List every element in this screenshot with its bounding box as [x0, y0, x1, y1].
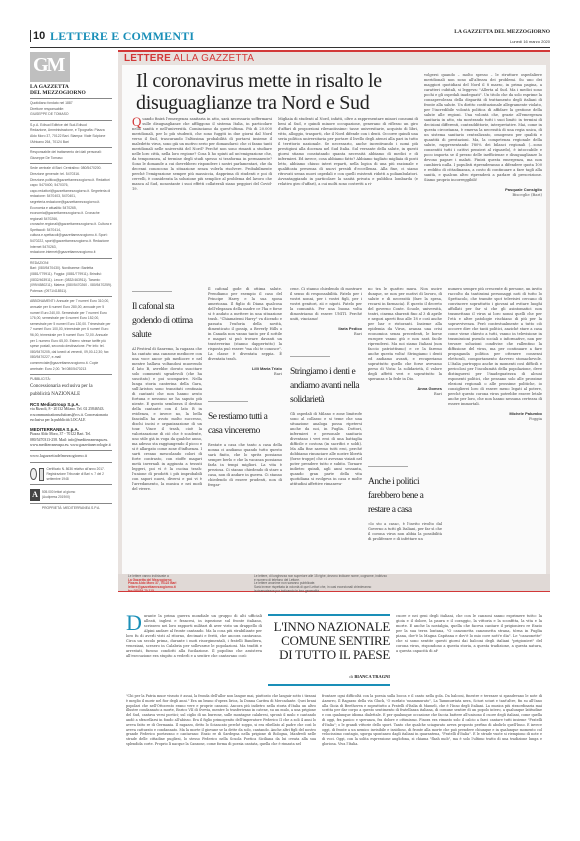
contacts: Sede centrale di Bari: Centralino: 080/5…	[30, 163, 112, 256]
divider	[132, 291, 172, 292]
letter-politici-col2: numero sempre più crescente di persone, …	[448, 287, 542, 421]
inno-headline-box: L'INNO NAZIONALE COMUNE SENTIRE DI TUTTO…	[268, 614, 390, 686]
newspaper-name: LA GAZZETTA DEL MEZZOGIORNO	[454, 29, 550, 35]
company-info: S.p.A. Edisud Editrice del Sud-Edisud Re…	[30, 120, 112, 145]
letters-section: LETTERE ALLA GAZZETTA Il coronavirus met…	[118, 50, 550, 590]
main-letter-col1: Quando finirà l'emergenza sanitaria in a…	[132, 117, 272, 192]
article-headline: L'INNO NAZIONALE COMUNE SENTIRE DI TUTTO…	[268, 620, 390, 662]
article-byline: di BIANCA TRAGNI	[349, 674, 390, 679]
ads-certificate-icon	[39, 468, 45, 481]
logo-name: LA GAZZETTA DEL MEZZOGIORNO	[30, 84, 112, 96]
page-header: 10 LETTERE E COMMENTI LA GAZZETTA DEL ME…	[30, 28, 550, 48]
inno-col1-top: Durante la prima guerra mondiale un grup…	[126, 614, 262, 659]
letter-headline: Il cafonal sta godendo di ottima salute	[132, 300, 202, 342]
letters-submission-info: Le lettere vanno indirizzate a La Gazzet…	[118, 574, 550, 592]
letter-headline: Anche i politici farebbero bene a restar…	[368, 475, 442, 517]
divider	[290, 356, 330, 357]
letter-city: Bisceglie (Bari)	[424, 192, 542, 197]
inno-col2-wide: frontare ogni difficoltà con la poesia s…	[322, 694, 542, 747]
submission-rules: Le lettere, di lunghezza non superiore a…	[254, 575, 387, 594]
submission-address: Le lettere vanno indirizzate a La Gazzet…	[128, 575, 176, 594]
section-title: LETTERE E COMMENTI	[50, 29, 194, 44]
director-info: Quotidiano fondato nel 1887 Direttore re…	[30, 98, 112, 118]
newspaper-logo-icon: GM	[30, 52, 70, 82]
letter-casa-end: cene. Ci stanno chiedendo di mostrare il…	[290, 287, 362, 336]
letter-headline: Se restiamo tutti a casa vinceremo	[208, 410, 282, 438]
audipress-icon: A	[30, 489, 40, 501]
letters-content: Il coronavirus mette in risalto le disug…	[122, 65, 546, 575]
divider	[208, 401, 248, 402]
letter-city: Foggia	[448, 416, 542, 421]
main-letter-headline: Il coronavirus mette in risalto le disug…	[136, 70, 406, 114]
dropcap: Q	[132, 117, 141, 127]
inno-article: Durante la prima guerra mondiale un grup…	[118, 612, 550, 841]
letter-politici: Anche i politici farebbero bene a restar…	[368, 460, 442, 542]
main-letter-col2: Migliaia di studenti al Nord, infatti, o…	[278, 117, 418, 187]
redazioni: REDAZIONI Bari: (080/5470430). Nordbares…	[30, 258, 112, 295]
certification: Certificato N. 8636 relativo all'anno 20…	[30, 462, 112, 482]
letters-section-label: LETTERE ALLA GAZZETTA	[124, 53, 254, 64]
letter-city: Bari	[208, 371, 282, 376]
letter-casa: Se restiamo tutti a casa vinceremo Resta…	[208, 395, 282, 488]
letter-cafonal-col2: Il cafonal gode di ottima salute. Prendi…	[208, 287, 282, 376]
seal-icon	[30, 468, 37, 480]
inno-col3-top: cuore e nei geni degli italiani, che con…	[396, 614, 542, 654]
colophon-column: GM LA GAZZETTA DEL MEZZOGIORNO Quotidian…	[30, 50, 112, 512]
letter-denti: Stringiamo i denti e andiamo avanti nell…	[290, 350, 362, 487]
ownership: PROPRIETÀ: MEDITERRANEA S.P.A.	[30, 503, 112, 512]
subscriptions: ABBONAMENTI: Annuale per 7 numeri Euro 3…	[30, 296, 112, 372]
advertising: PUBBLICITÀ: Concessionaria esclusiva per…	[30, 374, 112, 448]
letter-headline: Stringiamo i denti e andiamo avanti nell…	[290, 365, 362, 407]
letter-denti-col2: no tra le quattro mura. Non uscire dunqu…	[368, 287, 442, 396]
page-number: 10	[30, 30, 45, 42]
issue-date: Lunedì 16 marzo 2020	[510, 39, 550, 44]
letter-city: Bari	[368, 391, 442, 396]
inno-col1-wide: "Chi per la Patria muor vissuto è assai,…	[126, 694, 316, 747]
letter-cafonal: Il cafonal sta godendo di ottima salute …	[132, 285, 202, 492]
dropcap: D	[126, 614, 142, 632]
website-link[interactable]: www.lagazzettadelmezzogiorno.it	[30, 450, 112, 460]
data-responsible: Responsabile del trattamento dei dati pe…	[30, 147, 112, 161]
main-letter-col3: volgersi quando – molto spesso – le stru…	[424, 73, 542, 197]
readership: A 505.000 lettori al giorno (Audipress 2…	[30, 484, 112, 501]
divider	[368, 466, 408, 467]
letter-city: Bari	[290, 331, 362, 336]
